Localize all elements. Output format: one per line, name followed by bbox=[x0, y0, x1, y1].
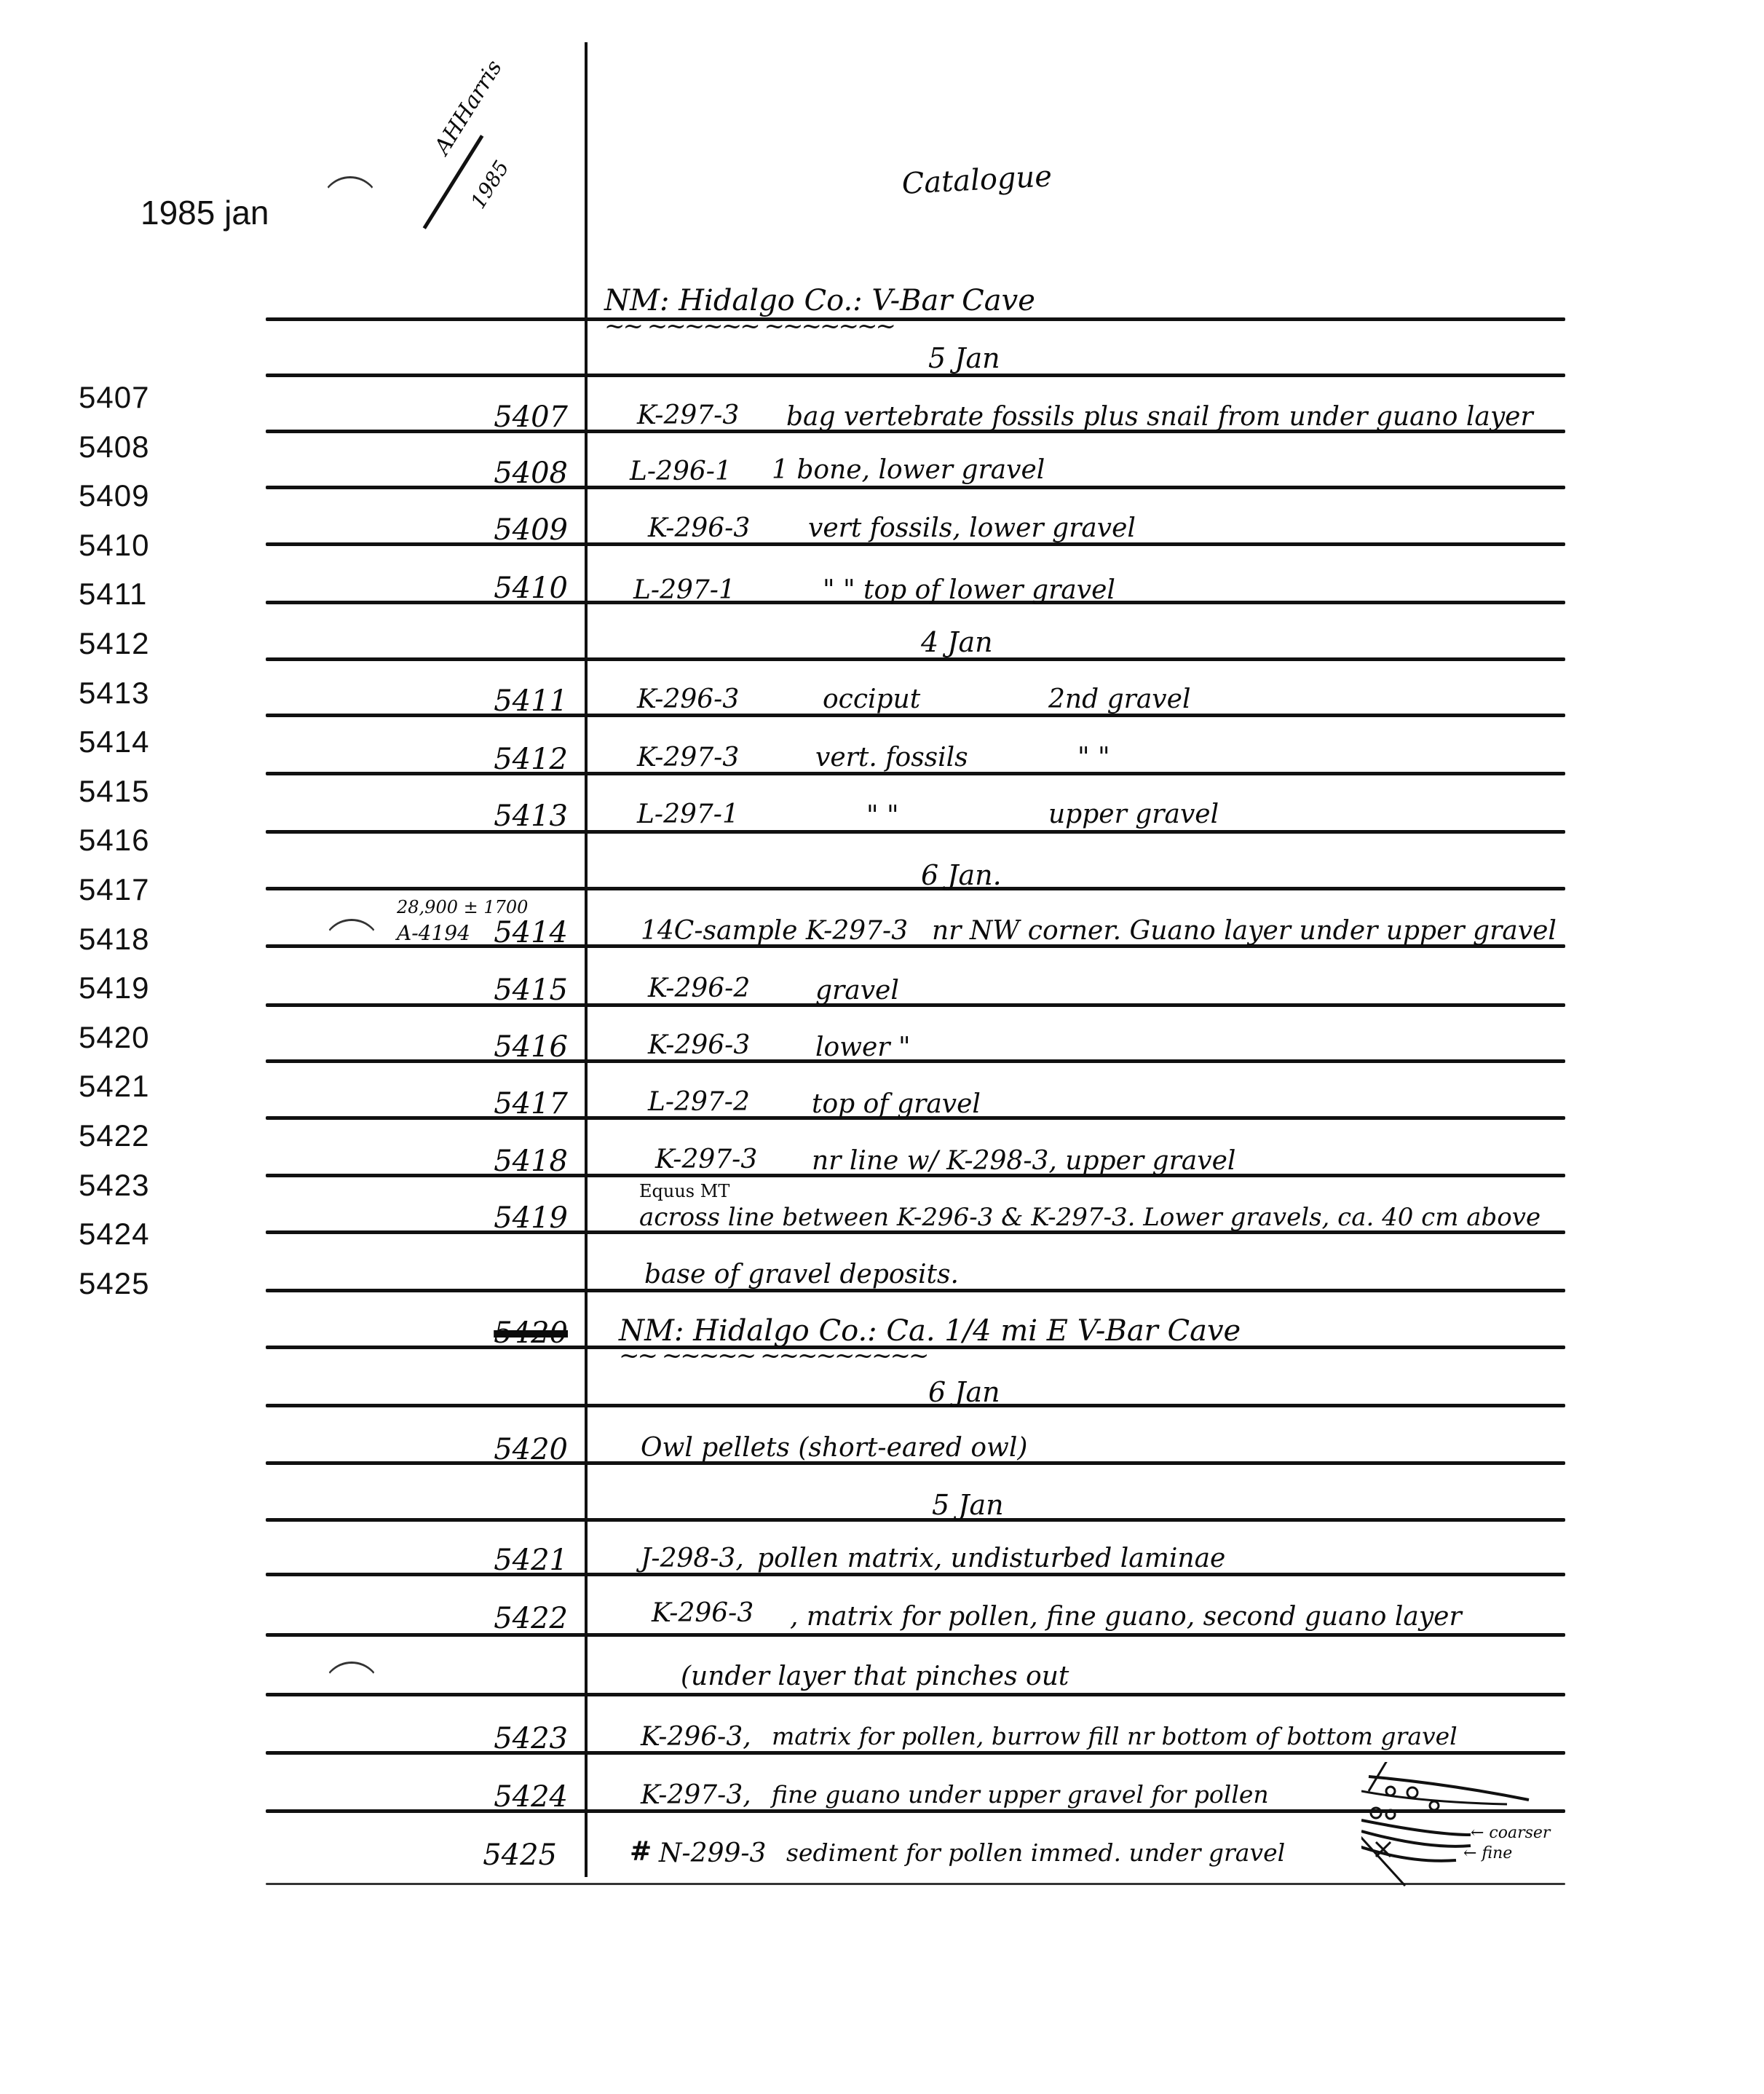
entry-description: across line between K-296-3 & K-297-3. L… bbox=[639, 1203, 1540, 1232]
date-heading: 6 Jan. bbox=[921, 859, 1002, 891]
page-title: Catalogue bbox=[901, 159, 1053, 201]
entry-description: matrix for pollen, burrow fill nr bottom… bbox=[772, 1722, 1458, 1750]
grid-square: K-296-3 bbox=[652, 1598, 754, 1628]
taxon-note: Equus MT bbox=[639, 1181, 729, 1201]
typed-catalog-number: 5423 bbox=[79, 1161, 149, 1210]
grid-square: L-297-1 bbox=[633, 575, 735, 605]
grid-square: 14C-sample K-297-3 bbox=[641, 916, 908, 946]
typed-catalog-number: 5424 bbox=[79, 1209, 149, 1259]
typed-catalog-number: 5418 bbox=[79, 914, 149, 964]
entry-description: gravel bbox=[815, 976, 899, 1005]
grid-square: J-298-3, bbox=[641, 1544, 744, 1573]
typed-year-label: 1985 jan bbox=[141, 193, 269, 232]
catalog-number: 5419 bbox=[451, 1201, 568, 1235]
entry-description: vert fossils, lower gravel bbox=[808, 513, 1136, 543]
typed-catalog-number: 5410 bbox=[79, 521, 149, 570]
catalog-number: 5422 bbox=[451, 1602, 568, 1635]
entry-description-2: 2nd gravel bbox=[1048, 684, 1190, 714]
catalog-number: 5414 bbox=[451, 916, 568, 949]
entry-description: nr NW corner. Guano layer under upper gr… bbox=[932, 916, 1557, 946]
catalog-number: 5420 bbox=[451, 1433, 568, 1466]
entry-description: bag vertebrate fossils plus snail from u… bbox=[786, 402, 1533, 432]
grid-square: L-297-2 bbox=[648, 1087, 750, 1117]
grid-square: K-296-3, bbox=[641, 1722, 751, 1752]
date-heading: 6 Jan bbox=[928, 1376, 1000, 1408]
punch-hole-top bbox=[320, 176, 380, 237]
rule-line bbox=[266, 657, 1565, 661]
catalog-number: 5411 bbox=[451, 684, 568, 718]
grid-square: K-297-3 bbox=[655, 1145, 757, 1174]
author-signature-year: 1985 bbox=[466, 157, 514, 213]
typed-catalog-number: 5411 bbox=[79, 569, 149, 619]
entry-description-continued: base of gravel deposits. bbox=[644, 1260, 959, 1289]
typed-catalog-number: 5412 bbox=[79, 619, 149, 668]
catalog-number: 5418 bbox=[451, 1145, 568, 1178]
grid-square: L-296-1 bbox=[630, 457, 732, 486]
catalog-number: 5423 bbox=[451, 1722, 568, 1755]
entry-description: top of gravel bbox=[812, 1089, 981, 1119]
entry-description: Owl pellets (short-eared owl) bbox=[641, 1433, 1027, 1463]
grid-square: K-296-3 bbox=[648, 513, 750, 543]
catalog-number: 5412 bbox=[451, 743, 568, 776]
locality-underline: ~~ ~~~~~ ~~~~~~~~~ bbox=[619, 1341, 927, 1370]
catalog-number: 5415 bbox=[451, 973, 568, 1007]
catalog-number: 5417 bbox=[451, 1087, 568, 1121]
entry-description: fine guano under upper gravel for pollen bbox=[772, 1780, 1269, 1809]
entry-description: lower " bbox=[815, 1032, 911, 1062]
catalog-number: 5407 bbox=[451, 400, 568, 434]
rule-line bbox=[266, 887, 1565, 890]
entry-description: " " top of lower gravel bbox=[823, 575, 1115, 605]
grid-square: K-296-3 bbox=[637, 684, 739, 714]
author-signature: AHHarris bbox=[430, 56, 507, 159]
catalogue-page: 1985 jan 5407 5408 5409 5410 5411 5412 5… bbox=[0, 0, 1764, 2094]
rule-line bbox=[266, 317, 1565, 321]
typed-catalog-number: 5420 bbox=[79, 1013, 149, 1062]
catalog-number: 5409 bbox=[451, 513, 568, 547]
sketch-label-fine: ← fine bbox=[1463, 1844, 1512, 1862]
catalog-number: 5421 bbox=[451, 1544, 568, 1577]
date-heading: 4 Jan bbox=[921, 626, 993, 658]
typed-catalog-number-list: 5407 5408 5409 5410 5411 5412 5413 5414 … bbox=[79, 373, 149, 1308]
entry-description: " " bbox=[866, 801, 899, 831]
catalog-number: 5410 bbox=[451, 572, 568, 605]
punch-hole-bottom bbox=[322, 1662, 381, 1722]
entry-description: 1 bone, lower gravel bbox=[772, 455, 1045, 485]
typed-catalog-number: 5408 bbox=[79, 422, 149, 472]
typed-catalog-number: 5425 bbox=[79, 1259, 149, 1308]
catalog-number: 5424 bbox=[451, 1780, 568, 1814]
typed-catalog-number: 5419 bbox=[79, 963, 149, 1013]
typed-catalog-number: 5422 bbox=[79, 1111, 149, 1161]
entry-description: vert. fossils bbox=[815, 743, 968, 773]
typed-catalog-number: 5417 bbox=[79, 865, 149, 914]
catalog-number: 5408 bbox=[451, 457, 568, 490]
grid-square: K-296-2 bbox=[648, 973, 750, 1003]
entry-description-2: upper gravel bbox=[1048, 799, 1219, 829]
grid-square: K-296-3 bbox=[648, 1030, 750, 1060]
radiocarbon-date-note: 28,900 ± 1700 bbox=[397, 897, 528, 917]
entry-description: pollen matrix, undisturbed laminae bbox=[757, 1544, 1225, 1573]
typed-catalog-number: 5409 bbox=[79, 471, 149, 521]
date-heading: 5 Jan bbox=[932, 1489, 1004, 1521]
grid-square: N-299-3 bbox=[659, 1838, 766, 1868]
date-heading: 5 Jan bbox=[928, 342, 1000, 374]
typed-catalog-number: 5407 bbox=[79, 373, 149, 422]
rule-line bbox=[266, 1518, 1565, 1522]
entry-description: nr line w/ K-298-3, upper gravel bbox=[812, 1146, 1235, 1176]
struck-out-number: 5420 bbox=[451, 1316, 568, 1350]
rule-line bbox=[266, 1693, 1565, 1696]
rule-line bbox=[266, 374, 1565, 377]
entry-description-2: " " bbox=[1077, 743, 1110, 773]
catalog-number: 5416 bbox=[451, 1030, 568, 1064]
grid-square: K-297-3 bbox=[637, 743, 739, 773]
grid-square: K-297-3 bbox=[637, 400, 739, 430]
typed-catalog-number: 5421 bbox=[79, 1062, 149, 1111]
entry-description-continued: (under layer that pinches out bbox=[681, 1662, 1069, 1691]
typed-catalog-number: 5415 bbox=[79, 767, 149, 816]
entry-description: occiput bbox=[823, 684, 920, 714]
catalog-number: 5425 bbox=[440, 1838, 557, 1872]
entry-description: , matrix for pollen, fine guano, second … bbox=[790, 1602, 1462, 1632]
rule-line bbox=[266, 1404, 1565, 1407]
struck-prefix: # bbox=[630, 1836, 652, 1867]
typed-catalog-number: 5416 bbox=[79, 815, 149, 865]
typed-catalog-number: 5413 bbox=[79, 668, 149, 718]
locality-underline: ~~ ~~~~~~ ~~~~~~~ bbox=[604, 312, 894, 341]
typed-catalog-number: 5414 bbox=[79, 717, 149, 767]
sketch-label-coarser: ← coarser bbox=[1471, 1824, 1550, 1842]
punch-hole-middle bbox=[322, 919, 381, 979]
grid-square: L-297-1 bbox=[637, 799, 739, 829]
catalog-number: 5413 bbox=[451, 799, 568, 833]
entry-description: sediment for pollen immed. under gravel bbox=[786, 1838, 1285, 1867]
grid-square: K-297-3, bbox=[641, 1780, 751, 1810]
